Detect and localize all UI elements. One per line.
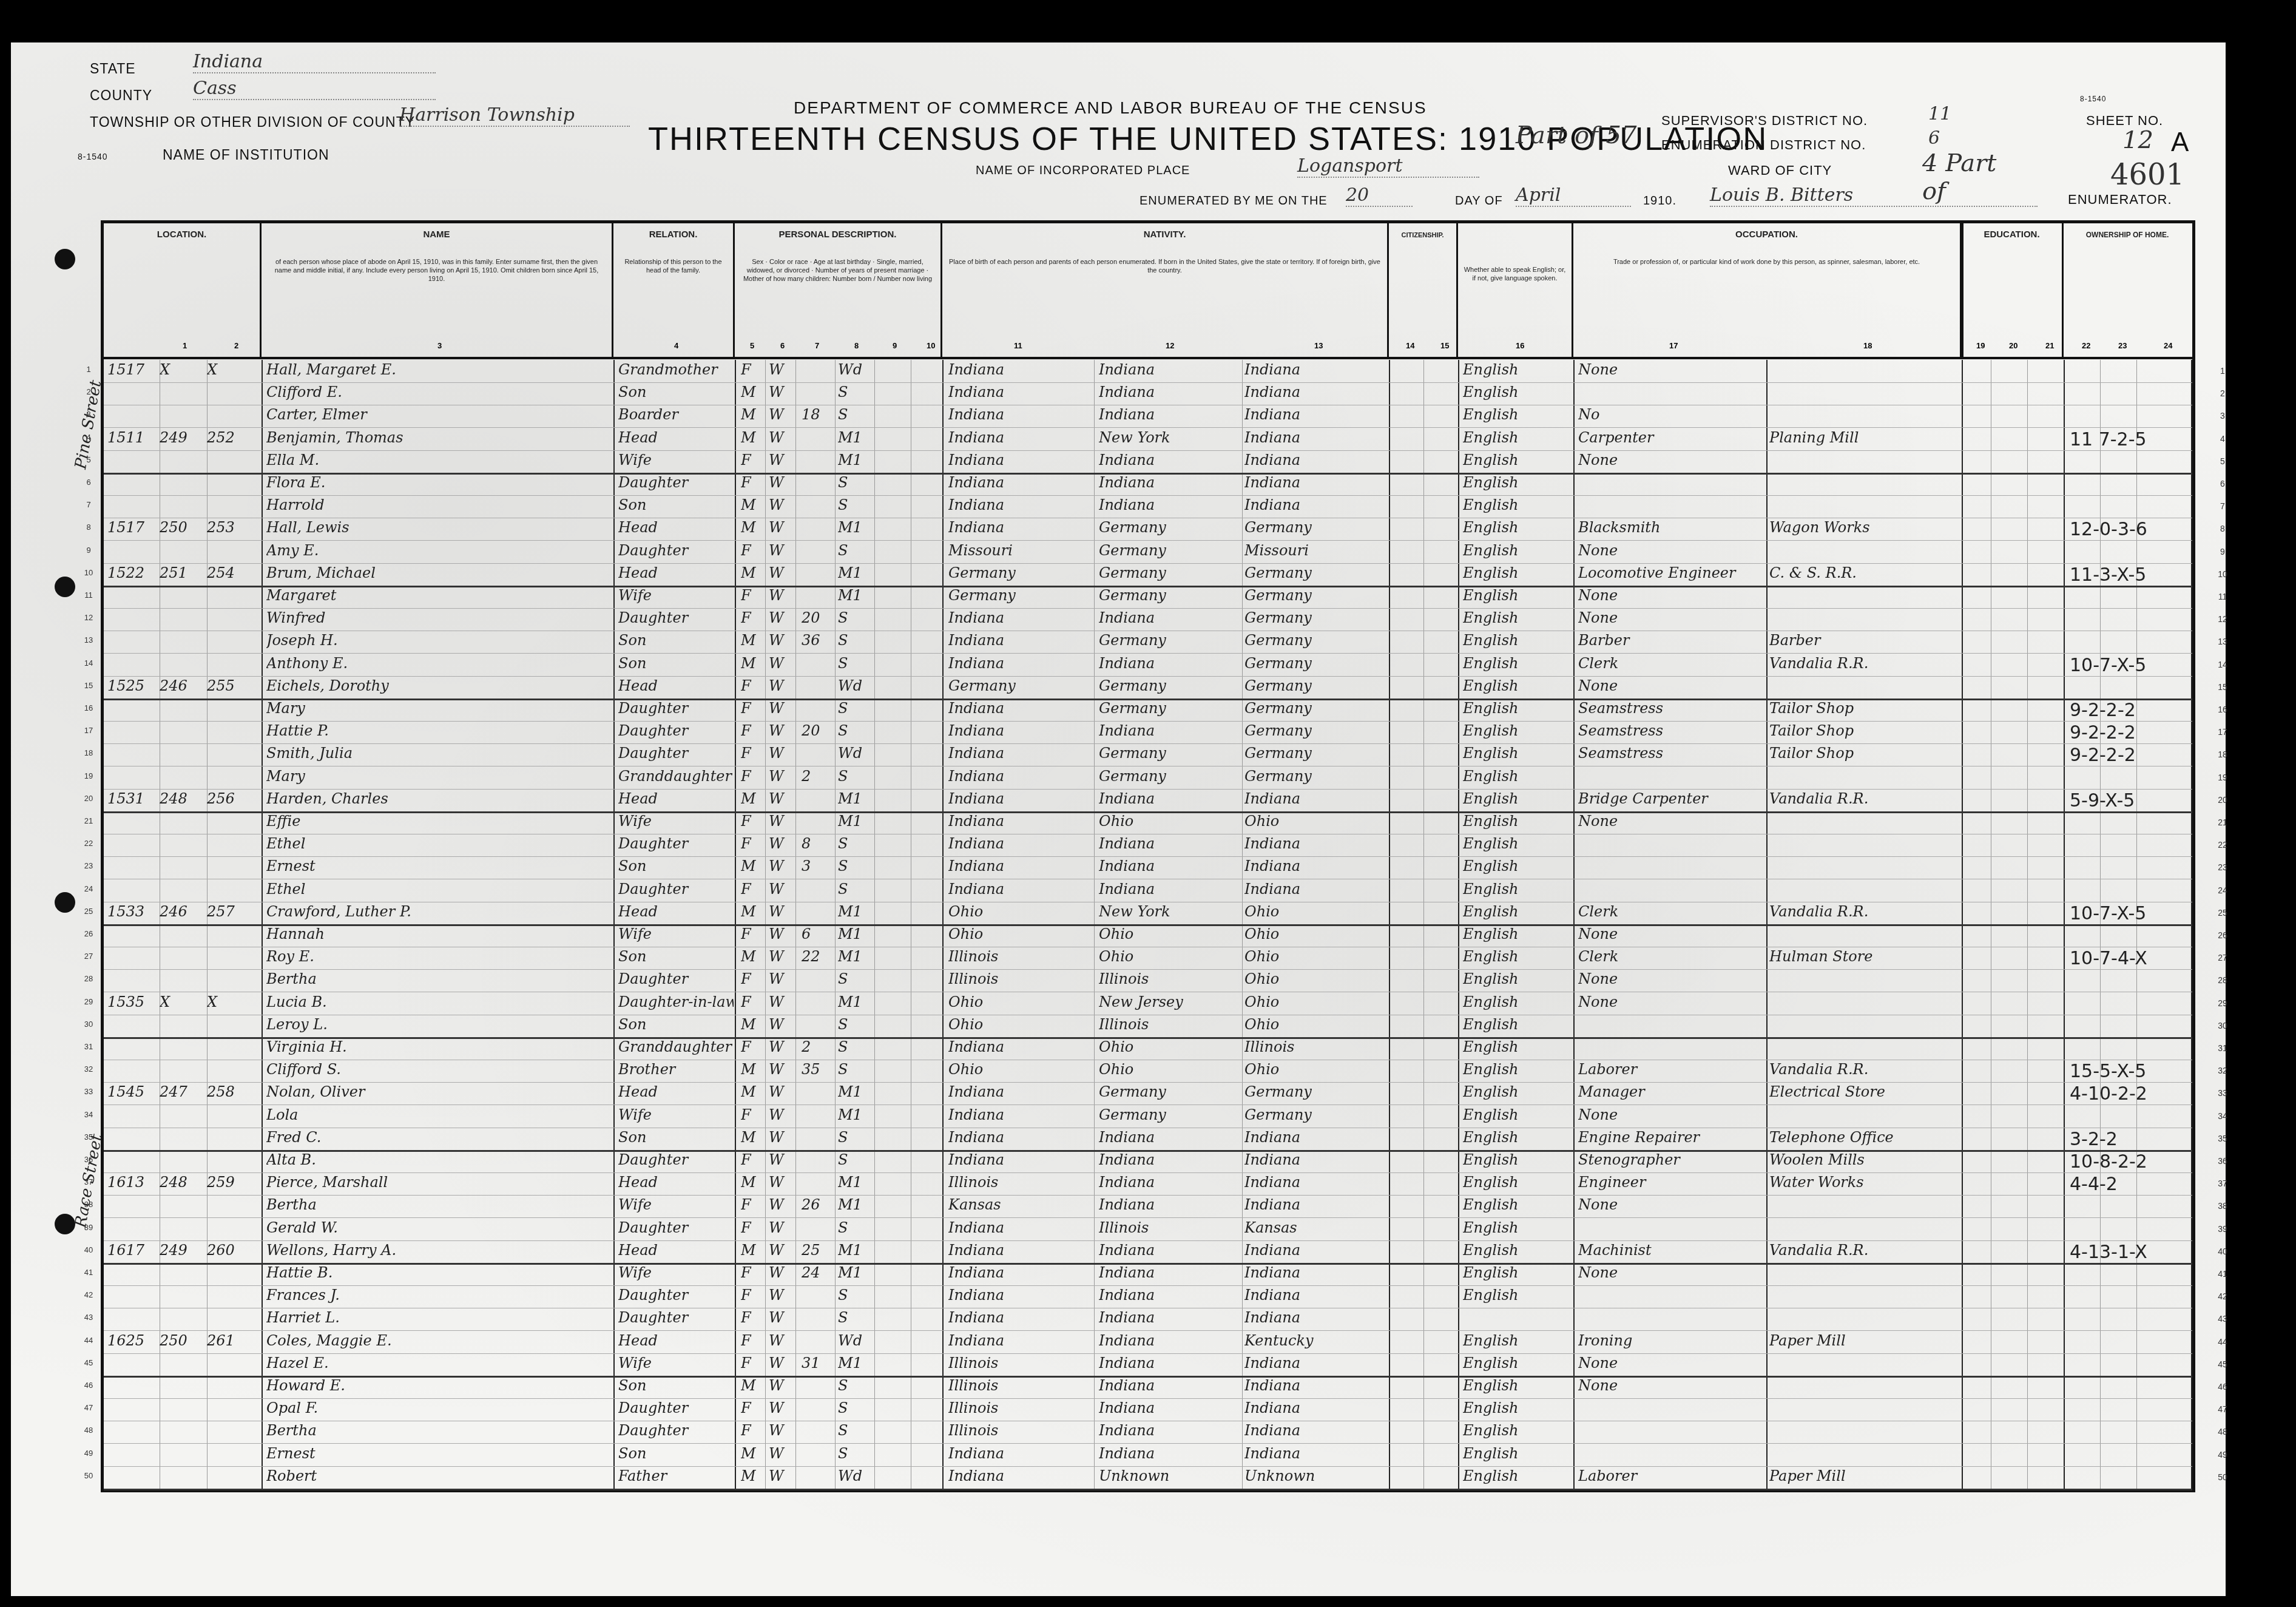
- cell-rel: Daughter: [618, 745, 734, 762]
- cell-father: Indiana: [1099, 1174, 1244, 1191]
- cell-fam: 261: [207, 1332, 255, 1349]
- cell-birth: Indiana: [948, 768, 1094, 785]
- cell-father: Indiana: [1099, 1196, 1244, 1213]
- table-row: 201531248256Harden, CharlesHeadMWM1India…: [104, 789, 2192, 813]
- cell-birth: Indiana: [948, 429, 1094, 446]
- cell-tally: 4-13-1-X: [2070, 1242, 2197, 1263]
- cell-birth: Indiana: [948, 655, 1094, 672]
- cell-race: W: [769, 677, 793, 694]
- line-number-right: 31: [2210, 1043, 2235, 1053]
- cell-trade: Machinist: [1578, 1242, 1766, 1259]
- enumerated-month: April: [1516, 184, 1631, 207]
- line-number-right: 29: [2210, 998, 2235, 1008]
- cell-sex: M: [741, 564, 765, 581]
- table-body: 11517XXHall, Margaret E.GrandmotherFWWdI…: [104, 360, 2192, 1489]
- cell-lang: English: [1463, 406, 1572, 423]
- header-name: NAMEof each person whose place of abode …: [262, 223, 613, 358]
- cell-sex: M: [741, 655, 765, 672]
- cell-birth: Indiana: [948, 496, 1094, 513]
- cell-birth: Ohio: [948, 903, 1094, 920]
- cell-ms: Wd: [838, 1467, 874, 1484]
- cell-race: W: [769, 384, 793, 401]
- cell-rel: Wife: [618, 587, 734, 604]
- cell-mother: Indiana: [1244, 496, 1384, 513]
- cell-line: 16: [79, 703, 98, 712]
- line-number-right: 35: [2210, 1134, 2235, 1143]
- cell-lang: English: [1463, 1061, 1572, 1078]
- cell-industry: Vandalia R.R.: [1769, 790, 1957, 807]
- cell-birth: Indiana: [948, 406, 1094, 423]
- cell-race: W: [769, 925, 793, 942]
- cell-name: Clifford S.: [266, 1061, 612, 1078]
- cell-line: 45: [79, 1358, 98, 1367]
- column-number: 16: [1516, 341, 1524, 350]
- cell-mother: Indiana: [1244, 790, 1384, 807]
- cell-lang: English: [1463, 587, 1572, 604]
- line-number-right: 38: [2210, 1201, 2235, 1211]
- cell-lang: English: [1463, 1174, 1572, 1191]
- cell-line: 44: [79, 1336, 98, 1345]
- cell-lang: English: [1463, 1377, 1572, 1394]
- cell-sex: F: [741, 1422, 765, 1439]
- cell-name: Harriet L.: [266, 1309, 612, 1326]
- cell-birth: Indiana: [948, 1219, 1094, 1236]
- cell-mother: Ohio: [1244, 993, 1384, 1010]
- cell-rel: Son: [618, 948, 734, 965]
- column-number: 1: [183, 341, 187, 350]
- cell-birth: Missouri: [948, 542, 1094, 559]
- cell-name: Flora E.: [266, 474, 612, 491]
- incorporated-value: Logansport: [1297, 155, 1479, 178]
- header-nativity: NATIVITY.Place of birth of each person a…: [942, 223, 1389, 358]
- cell-father: Indiana: [1099, 1264, 1244, 1281]
- cell-lang: English: [1463, 496, 1572, 513]
- cell-line: 22: [79, 839, 98, 848]
- cell-ms: S: [838, 835, 874, 852]
- cell-house: 1525: [107, 677, 156, 694]
- cell-industry: Vandalia R.R.: [1769, 903, 1957, 920]
- line-number-right: 34: [2210, 1111, 2235, 1121]
- cell-name: Lola: [266, 1106, 612, 1123]
- cell-house: 1625: [107, 1332, 156, 1349]
- cell-lang: English: [1463, 1445, 1572, 1462]
- cell-name: Wellons, Harry A.: [266, 1242, 612, 1259]
- cell-mother: Indiana: [1244, 1151, 1384, 1168]
- cell-line: 7: [79, 500, 98, 509]
- cell-lang: English: [1463, 993, 1572, 1010]
- cell-line: 4: [79, 433, 98, 442]
- cell-ms: S: [838, 1309, 874, 1326]
- line-number-right: 15: [2210, 682, 2235, 692]
- year: 1910.: [1643, 194, 1676, 208]
- table-row: 151525246255Eichels, DorothyHeadFWWdGerm…: [104, 676, 2192, 700]
- cell-birth: Indiana: [948, 858, 1094, 875]
- cell-line: 35: [79, 1132, 98, 1142]
- cell-sex: F: [741, 361, 765, 378]
- table-row: 49ErnestSonMWSIndianaIndianaIndianaEngli…: [104, 1444, 2192, 1467]
- cell-name: Mary: [266, 768, 612, 785]
- county-value: Cass: [193, 78, 436, 100]
- cell-tally: 3-2-2: [2070, 1129, 2197, 1150]
- cell-father: Germany: [1099, 1083, 1244, 1100]
- cell-line: 50: [79, 1471, 98, 1480]
- column-number: 5: [750, 341, 754, 350]
- cell-name: Harden, Charles: [266, 790, 612, 807]
- cell-ms: M1: [838, 429, 874, 446]
- cell-birth: Illinois: [948, 1422, 1094, 1439]
- cell-birth: Ohio: [948, 1061, 1094, 1078]
- cell-lang: English: [1463, 564, 1572, 581]
- header-personal: PERSONAL DESCRIPTION.Sex · Color or race…: [735, 223, 942, 358]
- table-row: 48BerthaDaughterFWSIllinoisIndianaIndian…: [104, 1421, 2192, 1444]
- cell-birth: Indiana: [948, 609, 1094, 626]
- cell-name: Winfred: [266, 609, 612, 626]
- column-number: 21: [2045, 341, 2054, 350]
- cell-dw: 246: [160, 677, 202, 694]
- cell-race: W: [769, 948, 793, 965]
- cell-industry: Vandalia R.R.: [1769, 655, 1957, 672]
- cell-line: 29: [79, 997, 98, 1006]
- cell-sex: F: [741, 1196, 765, 1213]
- cell-race: W: [769, 542, 793, 559]
- cell-birth: Indiana: [948, 1083, 1094, 1100]
- enumerated-day: 20: [1346, 184, 1413, 207]
- cell-sex: F: [741, 881, 765, 898]
- cell-trade: Locomotive Engineer: [1578, 564, 1766, 581]
- punch-hole: [55, 249, 75, 269]
- cell-race: W: [769, 1196, 793, 1213]
- cell-lang: English: [1463, 474, 1572, 491]
- table-row: 401617249260Wellons, Harry A.HeadMW25M1I…: [104, 1240, 2192, 1265]
- cell-lang: English: [1463, 1264, 1572, 1281]
- header-occupation: OCCUPATION.Trade or profession of, or pa…: [1573, 223, 1962, 358]
- cell-race: W: [769, 1377, 793, 1394]
- cell-name: Bertha: [266, 970, 612, 987]
- cell-name: Benjamin, Thomas: [266, 429, 612, 446]
- header-ownership: OWNERSHIP OF HOME.: [2064, 223, 2191, 358]
- cell-father: Indiana: [1099, 1445, 1244, 1462]
- cell-sex: M: [741, 1242, 765, 1259]
- cell-industry: Tailor Shop: [1769, 700, 1957, 717]
- line-number-right: 49: [2210, 1450, 2235, 1460]
- cell-trade: Blacksmith: [1578, 519, 1766, 536]
- line-number-right: 9: [2210, 547, 2235, 557]
- township-value: Harrison Township: [399, 104, 630, 127]
- column-number: 11: [1014, 341, 1022, 350]
- cell-industry: Hulman Store: [1769, 948, 1957, 965]
- cell-tally: 4-4-2: [2070, 1174, 2197, 1195]
- table-row: 81517250253Hall, LewisHeadMWM1IndianaGer…: [104, 518, 2192, 541]
- cell-house: 1545: [107, 1083, 156, 1100]
- cell-name: Fred C.: [266, 1129, 612, 1146]
- cell-name: Hannah: [266, 925, 612, 942]
- cell-trade: None: [1578, 993, 1766, 1010]
- cell-sex: F: [741, 1355, 765, 1372]
- column-number: 2: [234, 341, 238, 350]
- cell-age: 20: [802, 609, 838, 626]
- cell-sex: M: [741, 1445, 765, 1462]
- cell-mother: Germany: [1244, 768, 1384, 785]
- cell-age: 2: [802, 768, 838, 785]
- cell-father: Indiana: [1099, 1242, 1244, 1259]
- cell-rel: Brother: [618, 1061, 734, 1078]
- state-label: STATE: [90, 61, 136, 77]
- cell-ms: S: [838, 970, 874, 987]
- cell-race: W: [769, 1422, 793, 1439]
- cell-trade: None: [1578, 609, 1766, 626]
- cell-sex: F: [741, 1264, 765, 1281]
- cell-house: 1511: [107, 429, 156, 446]
- cell-trade: None: [1578, 542, 1766, 559]
- cell-birth: Illinois: [948, 970, 1094, 987]
- cell-rel: Daughter-in-law: [618, 993, 734, 1010]
- cell-birth: Indiana: [948, 1151, 1094, 1168]
- line-number-right: 36: [2210, 1156, 2235, 1166]
- cell-house: 1617: [107, 1242, 156, 1259]
- cell-father: Indiana: [1099, 609, 1244, 626]
- column-number: 9: [893, 341, 897, 350]
- cell-house: 1533: [107, 903, 156, 920]
- cell-mother: Ohio: [1244, 813, 1384, 830]
- cell-line: 10: [79, 568, 98, 577]
- cell-name: Coles, Maggie E.: [266, 1332, 612, 1349]
- column-number: 4: [674, 341, 678, 350]
- cell-birth: Indiana: [948, 474, 1094, 491]
- cell-sex: F: [741, 813, 765, 830]
- cell-sex: F: [741, 1038, 765, 1055]
- cell-ms: S: [838, 722, 874, 739]
- cell-rel: Son: [618, 496, 734, 513]
- cell-lang: English: [1463, 519, 1572, 536]
- cell-tally: 15-5-X-5: [2070, 1061, 2197, 1082]
- cell-mother: Indiana: [1244, 835, 1384, 852]
- cell-line: 49: [79, 1449, 98, 1458]
- cell-race: W: [769, 655, 793, 672]
- table-row: 11MargaretWifeFWM1GermanyGermanyGermanyE…: [104, 586, 2192, 609]
- cell-race: W: [769, 813, 793, 830]
- cell-sex: F: [741, 835, 765, 852]
- cell-sex: M: [741, 406, 765, 423]
- cell-trade: Laborer: [1578, 1467, 1766, 1484]
- cell-trade: Carpenter: [1578, 429, 1766, 446]
- cell-mother: Ohio: [1244, 970, 1384, 987]
- cell-ms: M1: [838, 1106, 874, 1123]
- header-relation: RELATION.Relationship of this person to …: [613, 223, 735, 358]
- cell-ms: S: [838, 1377, 874, 1394]
- cell-industry: Water Works: [1769, 1174, 1957, 1191]
- cell-name: Frances J.: [266, 1287, 612, 1304]
- enum-district-label: ENUMERATION DISTRICT NO.: [1661, 137, 1866, 153]
- cell-sex: F: [741, 474, 765, 491]
- line-number-right: 37: [2210, 1179, 2235, 1188]
- line-number-right: 13: [2210, 637, 2235, 646]
- enumerated-label: ENUMERATED BY ME ON THE: [1140, 194, 1328, 208]
- cell-line: 37: [79, 1177, 98, 1186]
- table-row: 21EffieWifeFWM1IndianaOhioOhioEnglishNon…: [104, 811, 2192, 834]
- column-number: 19: [1976, 341, 1985, 350]
- cell-name: Hall, Lewis: [266, 519, 612, 536]
- cell-ms: S: [838, 1219, 874, 1236]
- cell-ms: S: [838, 609, 874, 626]
- cell-trade: None: [1578, 970, 1766, 987]
- table-row: 22EthelDaughterFW8SIndianaIndianaIndiana…: [104, 834, 2192, 857]
- cell-ms: S: [838, 406, 874, 423]
- line-number-right: 41: [2210, 1269, 2235, 1279]
- cell-race: W: [769, 1332, 793, 1349]
- cell-lang: English: [1463, 1287, 1572, 1304]
- cell-rel: Head: [618, 1242, 734, 1259]
- cell-birth: Germany: [948, 587, 1094, 604]
- cell-rel: Daughter: [618, 1151, 734, 1168]
- cell-name: Alta B.: [266, 1151, 612, 1168]
- cell-name: Ethel: [266, 881, 612, 898]
- cell-birth: Ohio: [948, 1016, 1094, 1033]
- cell-line: 6: [79, 478, 98, 487]
- cell-mother: Indiana: [1244, 1174, 1384, 1191]
- cell-ms: S: [838, 474, 874, 491]
- cell-race: W: [769, 1016, 793, 1033]
- cell-name: Mary: [266, 700, 612, 717]
- cell-sex: F: [741, 970, 765, 987]
- cell-lang: English: [1463, 768, 1572, 785]
- cell-father: Indiana: [1099, 1377, 1244, 1394]
- state-value: Indiana: [193, 51, 436, 73]
- cell-birth: Indiana: [948, 722, 1094, 739]
- cell-mother: Indiana: [1244, 1242, 1384, 1259]
- line-number-right: 39: [2210, 1224, 2235, 1234]
- table-row: 36Alta B.DaughterFWSIndianaIndianaIndian…: [104, 1150, 2192, 1173]
- cell-name: Anthony E.: [266, 655, 612, 672]
- cell-lang: English: [1463, 858, 1572, 875]
- cell-mother: Indiana: [1244, 1445, 1384, 1462]
- cell-name: Effie: [266, 813, 612, 830]
- county-label: COUNTY: [90, 87, 152, 104]
- cell-birth: Indiana: [948, 700, 1094, 717]
- cell-trade: None: [1578, 1377, 1766, 1394]
- table-row: 331545247258Nolan, OliverHeadMWM1Indiana…: [104, 1082, 2192, 1105]
- cell-sex: M: [741, 858, 765, 875]
- cell-father: Indiana: [1099, 1355, 1244, 1372]
- cell-line: 31: [79, 1042, 98, 1051]
- cell-sex: M: [741, 384, 765, 401]
- table-row: 50RobertFatherMWWdIndianaUnknownUnknownE…: [104, 1466, 2192, 1490]
- cell-lang: English: [1463, 384, 1572, 401]
- line-number-right: 32: [2210, 1066, 2235, 1075]
- table-row: 41Hattie B.WifeFW24M1IndianaIndianaIndia…: [104, 1263, 2192, 1286]
- cell-father: Germany: [1099, 542, 1244, 559]
- cell-father: Indiana: [1099, 474, 1244, 491]
- column-number: 6: [780, 341, 785, 350]
- cell-race: W: [769, 700, 793, 717]
- cell-race: W: [769, 609, 793, 626]
- cell-ms: S: [838, 1038, 874, 1055]
- cell-mother: Kentucky: [1244, 1332, 1384, 1349]
- cell-rel: Son: [618, 1129, 734, 1146]
- cell-age: 35: [802, 1061, 838, 1078]
- table-row: 23ErnestSonMW3SIndianaIndianaIndianaEngl…: [104, 856, 2192, 879]
- table-row: 43Harriet L.DaughterFWSIndianaIndianaInd…: [104, 1308, 2192, 1331]
- cell-ms: M1: [838, 790, 874, 807]
- cell-lang: English: [1463, 835, 1572, 852]
- enum-district-value: 6: [1928, 127, 1995, 149]
- cell-birth: Indiana: [948, 452, 1094, 469]
- cell-father: Indiana: [1099, 722, 1244, 739]
- table-row: 31Virginia H.GranddaughterFW2SIndianaOhi…: [104, 1037, 2192, 1060]
- cell-name: Clifford E.: [266, 384, 612, 401]
- cell-tally: 11-3-X-5: [2070, 564, 2197, 586]
- cell-name: Howard E.: [266, 1377, 612, 1394]
- line-number-right: 5: [2210, 456, 2235, 466]
- cell-mother: Indiana: [1244, 1355, 1384, 1372]
- cell-lang: English: [1463, 881, 1572, 898]
- cell-line: 42: [79, 1290, 98, 1299]
- census-sheet: STATE Indiana COUNTY Cass TOWNSHIP OR OT…: [11, 42, 2226, 1596]
- cell-tally: 11 7-2-5: [2070, 429, 2197, 450]
- cell-sex: F: [741, 1399, 765, 1416]
- cell-race: W: [769, 1309, 793, 1326]
- part-note: Part of 57: [1516, 121, 1636, 149]
- cell-mother: Ohio: [1244, 948, 1384, 965]
- cell-rel: Daughter: [618, 1309, 734, 1326]
- cell-birth: Indiana: [948, 1129, 1094, 1146]
- cell-ms: M1: [838, 1355, 874, 1372]
- cell-father: Germany: [1099, 632, 1244, 649]
- cell-ms: M1: [838, 813, 874, 830]
- cell-fam: 254: [207, 564, 255, 581]
- cell-name: Joseph H.: [266, 632, 612, 649]
- line-number-right: 4: [2210, 434, 2235, 444]
- cell-name: Pierce, Marshall: [266, 1174, 612, 1191]
- cell-fam: 258: [207, 1083, 255, 1100]
- cell-race: W: [769, 1242, 793, 1259]
- cell-sex: F: [741, 609, 765, 626]
- cell-line: 20: [79, 794, 98, 803]
- cell-industry: Vandalia R.R.: [1769, 1061, 1957, 1078]
- cell-race: W: [769, 452, 793, 469]
- column-number: 24: [2164, 341, 2172, 350]
- cell-lang: English: [1463, 655, 1572, 672]
- cell-fam: 257: [207, 903, 255, 920]
- cell-trade: None: [1578, 1264, 1766, 1281]
- punch-hole: [55, 892, 75, 913]
- cell-lang: English: [1463, 632, 1572, 649]
- cell-tally: 10-7-X-5: [2070, 903, 2197, 924]
- cell-race: W: [769, 1038, 793, 1055]
- cell-lang: English: [1463, 1196, 1572, 1213]
- cell-race: W: [769, 632, 793, 649]
- cell-ms: S: [838, 1399, 874, 1416]
- line-number-right: 6: [2210, 479, 2235, 489]
- cell-father: Indiana: [1099, 1309, 1244, 1326]
- table-row: 38BerthaWifeFW26M1KansasIndianaIndianaEn…: [104, 1195, 2192, 1218]
- cell-birth: Indiana: [948, 1242, 1094, 1259]
- cell-name: Bertha: [266, 1422, 612, 1439]
- cell-ms: S: [838, 1129, 874, 1146]
- cell-birth: Indiana: [948, 1467, 1094, 1484]
- cell-house: 1535: [107, 993, 156, 1010]
- cell-name: Hazel E.: [266, 1355, 612, 1372]
- cell-ms: S: [838, 1287, 874, 1304]
- column-number: 14: [1406, 341, 1414, 350]
- cell-lang: English: [1463, 813, 1572, 830]
- cell-fam: 252: [207, 429, 255, 446]
- cell-race: W: [769, 564, 793, 581]
- table-row: 7HarroldSonMWSIndianaIndianaIndianaEngli…: [104, 495, 2192, 518]
- cell-line: 28: [79, 974, 98, 983]
- cell-rel: Wife: [618, 452, 734, 469]
- cell-ms: M1: [838, 1264, 874, 1281]
- cell-fam: 259: [207, 1174, 255, 1191]
